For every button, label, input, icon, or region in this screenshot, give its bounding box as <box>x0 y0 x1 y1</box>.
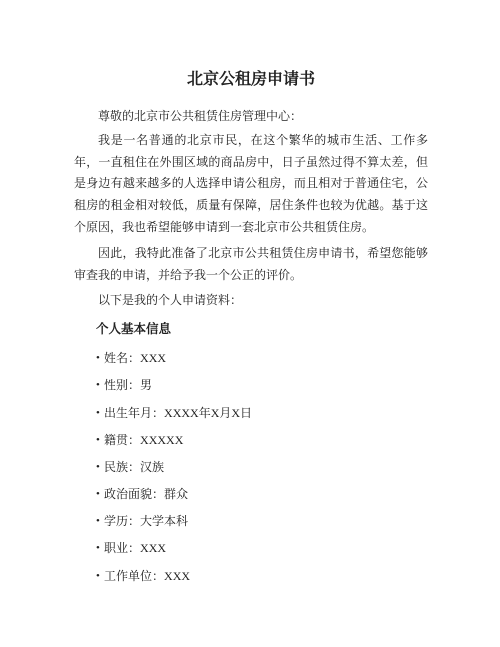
field-value: 群众 <box>164 487 188 501</box>
list-item: •姓名：XXX <box>74 348 428 370</box>
page-title: 北京公租房申请书 <box>74 69 428 91</box>
list-item: •学历：大学本科 <box>74 511 428 533</box>
field-value: 汉族 <box>140 460 164 474</box>
bullet-icon: • <box>96 511 104 533</box>
bullet-icon: • <box>96 484 104 506</box>
list-item: •性别：男 <box>74 375 428 397</box>
colon-separator: ： <box>128 460 140 474</box>
field-label: 出生年月 <box>104 406 152 420</box>
field-label: 籍贯 <box>104 433 128 447</box>
colon-separator: ： <box>128 541 140 555</box>
field-value: XXXXX <box>140 433 183 447</box>
colon-separator: ： <box>128 514 140 528</box>
colon-separator: ： <box>128 378 140 392</box>
bullet-icon: • <box>96 566 104 588</box>
field-label: 性别 <box>104 378 128 392</box>
field-label: 学历 <box>104 514 128 528</box>
field-value: XXX <box>140 351 166 365</box>
list-item: •工作单位：XXX <box>74 566 428 588</box>
field-label: 工作单位 <box>104 569 152 583</box>
bullet-icon: • <box>96 348 104 370</box>
field-value: XXX <box>164 569 190 583</box>
field-value: XXX <box>140 541 166 555</box>
intro-line: 以下是我的个人申请资料： <box>74 290 428 312</box>
colon-separator: ： <box>152 569 164 583</box>
list-item: •民族：汉族 <box>74 457 428 479</box>
body-paragraph-1: 我是一名普通的北京市民，在这个繁华的城市生活、工作多年，一直租住在外围区域的商品… <box>74 130 428 239</box>
list-item: •政治面貌：群众 <box>74 484 428 506</box>
bullet-icon: • <box>96 375 104 397</box>
body-paragraph-2: 因此，我特此准备了北京市公共租赁住房申请书，希望您能够审查我的申请，并给予我一个… <box>74 243 428 287</box>
field-label: 政治面貌 <box>104 487 152 501</box>
field-value: 男 <box>140 378 152 392</box>
list-item: •职业：XXX <box>74 538 428 560</box>
colon-separator: ： <box>128 433 140 447</box>
document-page: 北京公租房申请书 尊敬的北京市公共租赁住房管理中心： 我是一名普通的北京市民，在… <box>0 0 500 647</box>
field-value: XXXX年X月X日 <box>164 406 252 420</box>
section-heading: 个人基本信息 <box>74 318 428 340</box>
bullet-icon: • <box>96 457 104 479</box>
field-label: 职业 <box>104 541 128 555</box>
colon-separator: ： <box>128 351 140 365</box>
list-item: •籍贯：XXXXX <box>74 430 428 452</box>
field-label: 姓名 <box>104 351 128 365</box>
bullet-icon: • <box>96 403 104 425</box>
colon-separator: ： <box>152 406 164 420</box>
salutation: 尊敬的北京市公共租赁住房管理中心： <box>74 106 428 128</box>
list-item: •出生年月：XXXX年X月X日 <box>74 403 428 425</box>
field-label: 民族 <box>104 460 128 474</box>
bullet-icon: • <box>96 538 104 560</box>
field-value: 大学本科 <box>140 514 188 528</box>
bullet-icon: • <box>96 430 104 452</box>
colon-separator: ： <box>152 487 164 501</box>
